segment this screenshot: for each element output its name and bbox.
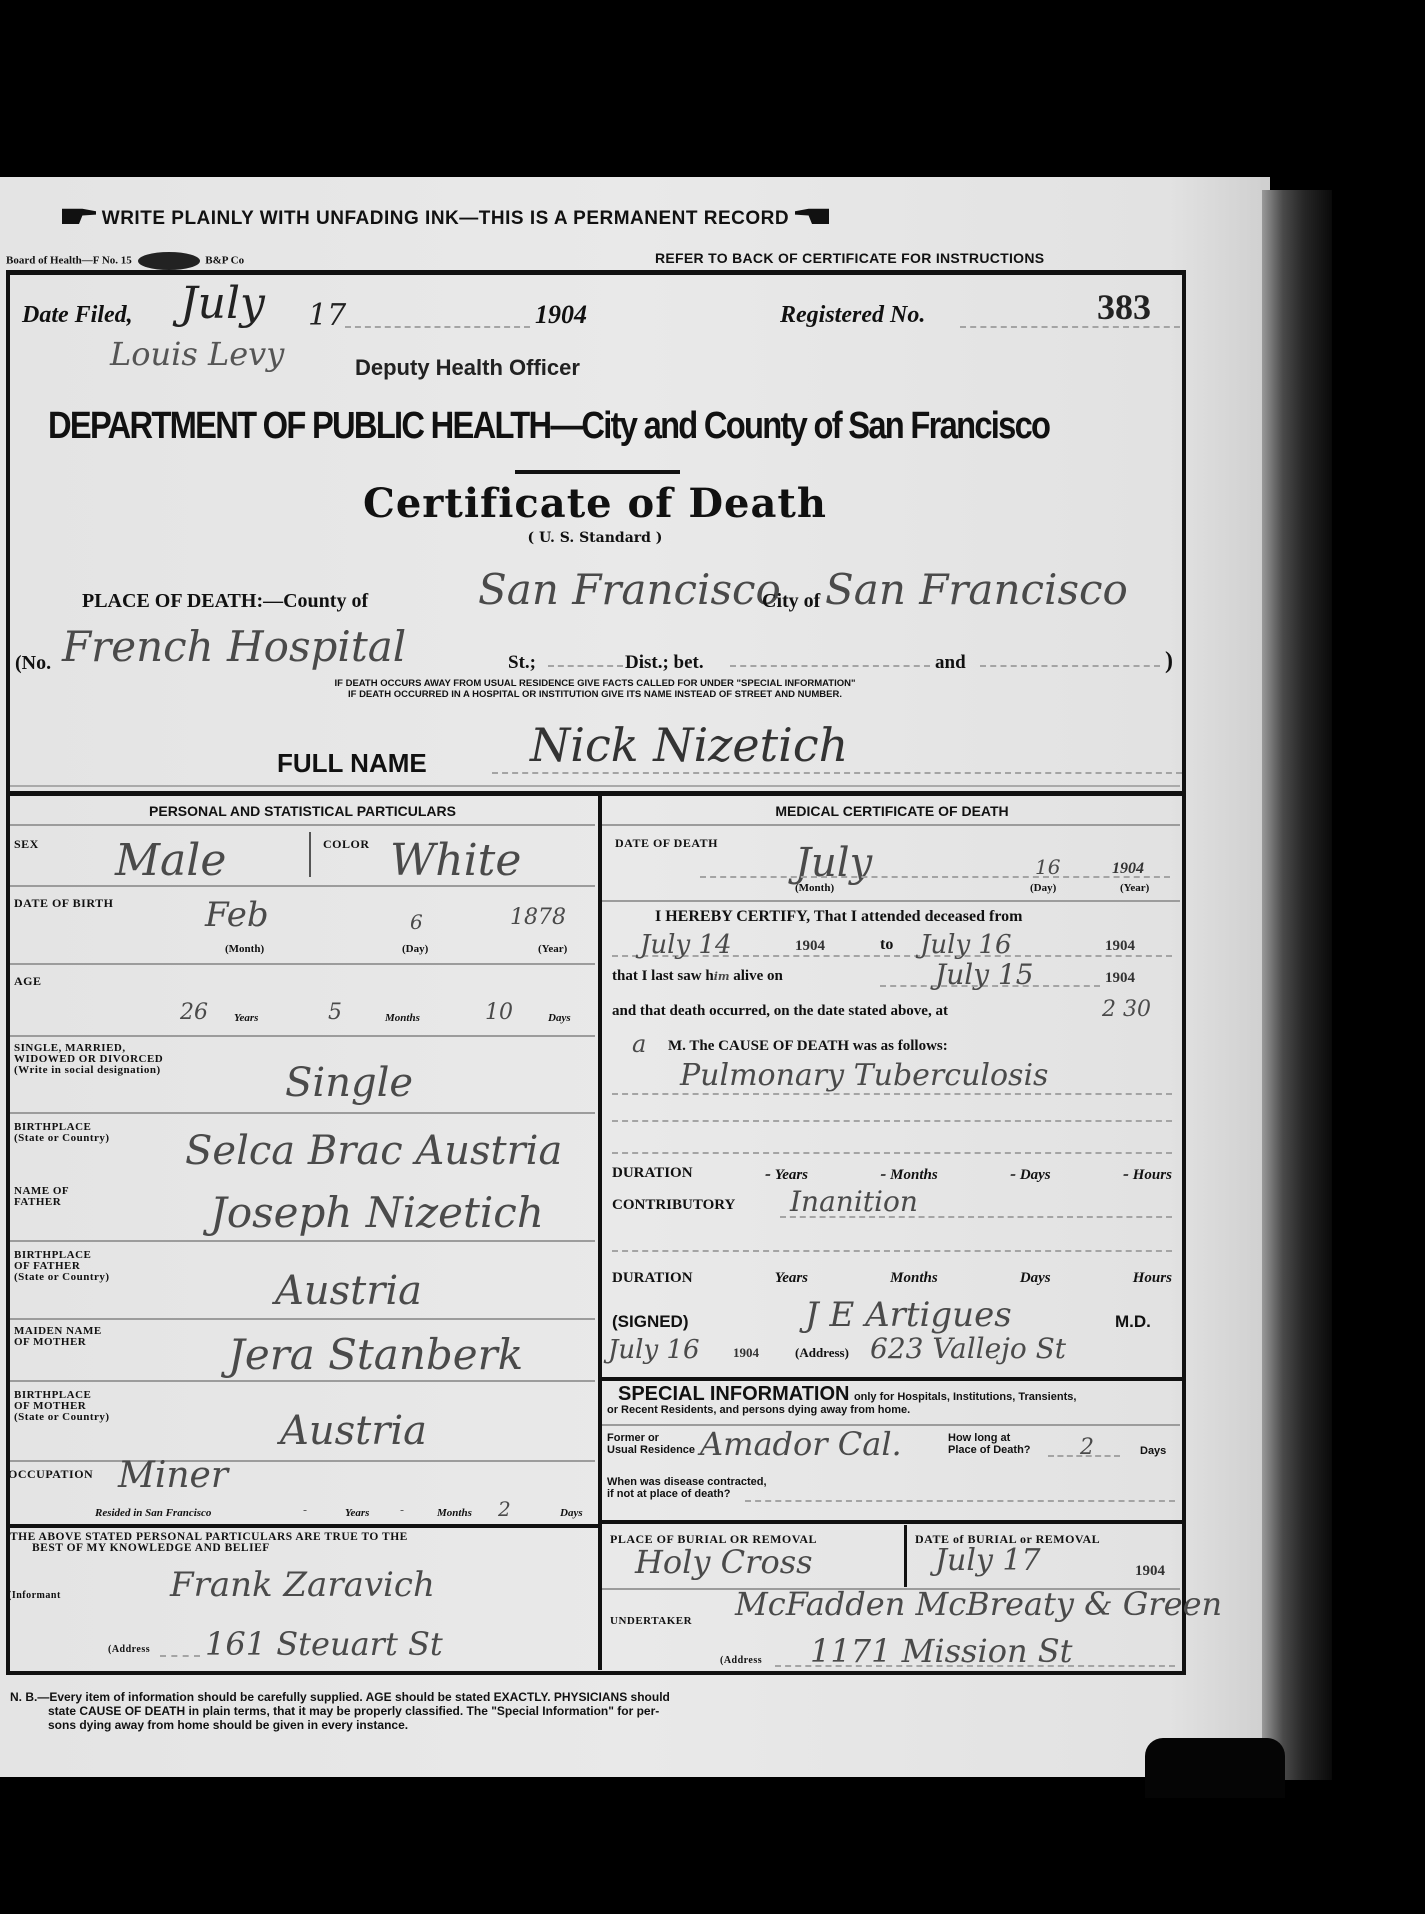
burial-divider xyxy=(600,1520,1182,1524)
how-long-label-2: Place of Death? xyxy=(948,1444,1031,1456)
sex-value: Male xyxy=(115,835,226,886)
months2-label: Months xyxy=(890,1270,938,1287)
contracted-label-1: When was disease contracted, xyxy=(607,1476,767,1488)
officer-signature: Louis Levy xyxy=(110,335,284,373)
duration-row: DURATION - Years - Months - Days - Hours xyxy=(612,1165,1172,1184)
resided-days: 2 xyxy=(498,1497,511,1521)
dod-day: 16 xyxy=(1035,855,1060,879)
former-residence-value: Amador Cal. xyxy=(700,1425,902,1463)
duration-days: - xyxy=(1010,1165,1016,1183)
marital-value: Single xyxy=(285,1060,413,1106)
duration-hours: - xyxy=(1123,1165,1129,1183)
age-months: 5 xyxy=(328,1000,342,1025)
undertaker-address-label: (Address xyxy=(720,1655,762,1667)
days2-label: Days xyxy=(1020,1270,1051,1287)
how-long-label: How long at Place of Death? xyxy=(948,1432,1031,1456)
duration2-row: DURATION Years Months Days Hours xyxy=(612,1270,1172,1287)
burial-date-value: July 17 xyxy=(935,1543,1041,1578)
attended-to-year: 1904 xyxy=(1105,938,1135,955)
form-id-right: B&P Co xyxy=(205,255,244,267)
cause-line xyxy=(612,1093,1172,1095)
years2-label: Years xyxy=(775,1270,808,1287)
occurred-label: and that death occurred, on the date sta… xyxy=(612,1003,948,1020)
form-id-left: Board of Health—F No. 15 xyxy=(6,255,132,267)
banner-text: WRITE PLAINLY WITH UNFADING INK—THIS IS … xyxy=(102,208,789,229)
meridiem-value: a xyxy=(632,1030,646,1058)
undertaker-value: McFadden McBreaty & Green xyxy=(735,1585,1222,1623)
full-name-label: FULL NAME xyxy=(277,748,427,779)
years-label: Years xyxy=(775,1167,808,1183)
row-line xyxy=(10,1318,595,1320)
dob-year: 1878 xyxy=(510,905,566,930)
resided-years: - xyxy=(303,1503,307,1517)
former-label-2: Usual Residence xyxy=(607,1444,695,1456)
dod-month: July xyxy=(795,840,872,886)
hours2-label: Hours xyxy=(1133,1270,1172,1287)
sex-color-divider xyxy=(309,832,311,877)
mother-birthplace-label: BIRTHPLACE OF MOTHER (State or Country) xyxy=(14,1390,110,1423)
father-birthplace-value: Austria xyxy=(275,1268,422,1314)
physician-signature: J E Artigues xyxy=(805,1295,1012,1335)
and-line xyxy=(980,665,1160,667)
street-number-label: (No. xyxy=(15,652,51,675)
page-shadow xyxy=(1145,1738,1285,1798)
physician-address-label: (Address) xyxy=(795,1345,849,1361)
color-value: White xyxy=(390,835,521,886)
certificate-title: Certificate of Death xyxy=(0,480,1190,527)
former-residence-label: Former or Usual Residence xyxy=(607,1432,695,1456)
cause-label: M. The CAUSE OF DEATH was as follows: xyxy=(668,1038,948,1055)
former-label-1: Former or xyxy=(607,1432,695,1444)
footnote: N. B.—Every item of information should b… xyxy=(10,1690,670,1732)
burial-split xyxy=(904,1525,907,1587)
mother-label: MAIDEN NAME OF MOTHER xyxy=(14,1326,102,1348)
header-banner: WRITE PLAINLY WITH UNFADING INK—THIS IS … xyxy=(62,207,829,230)
row-line xyxy=(10,1035,595,1037)
form-id: Board of Health—F No. 15 B&P Co xyxy=(6,252,244,270)
resided-days-label: Days xyxy=(560,1507,583,1519)
footnote-line-2: state CAUSE OF DEATH in plain terms, tha… xyxy=(10,1704,670,1718)
personal-heading: PERSONAL AND STATISTICAL PARTICULARS xyxy=(10,803,595,819)
informant-address-line xyxy=(160,1655,200,1657)
and-label: and xyxy=(935,652,966,674)
birthplace-label: BIRTHPLACE (State or Country) xyxy=(14,1122,110,1144)
date-filed-year: 1904 xyxy=(535,300,587,330)
union-seal-icon xyxy=(138,252,200,270)
county-value: San Francisco xyxy=(478,565,781,614)
age-years-label: Years xyxy=(234,1012,258,1024)
hospital-note-line-2: IF DEATH OCCURRED IN A HOSPITAL OR INSTI… xyxy=(155,689,1035,700)
dod-year: 1904 xyxy=(1112,860,1144,878)
registered-number: 383 xyxy=(1097,286,1151,328)
contributory-label: CONTRIBUTORY xyxy=(612,1197,735,1214)
dod-year-caption: (Year) xyxy=(1120,882,1149,894)
officer-title: Deputy Health Officer xyxy=(355,355,580,381)
attest-line-2: BEST OF MY KNOWLEDGE AND BELIEF xyxy=(10,1543,408,1554)
signed-year: 1904 xyxy=(733,1345,759,1361)
contracted-label-2: if not at place of death? xyxy=(607,1488,767,1500)
row-line xyxy=(10,1112,595,1114)
alive-on-label: alive on xyxy=(733,968,783,984)
months-label: Months xyxy=(890,1167,938,1183)
contracted-label: When was disease contracted, if not at p… xyxy=(607,1476,767,1500)
standard-subtitle: ( U. S. Standard ) xyxy=(0,530,1190,546)
dob-day-caption: (Day) xyxy=(402,943,428,955)
signed-label: (SIGNED) xyxy=(612,1312,689,1332)
resided-months: - xyxy=(400,1503,404,1517)
father-birthplace-label: BIRTHPLACE OF FATHER (State or Country) xyxy=(14,1250,110,1283)
how-long-value: 2 xyxy=(1080,1435,1094,1460)
duration-months: - xyxy=(880,1165,886,1183)
row-line xyxy=(10,963,595,965)
informant-address-label: (Address xyxy=(108,1644,150,1656)
sex-label: SEX xyxy=(14,838,39,850)
street-line xyxy=(548,665,623,667)
undertaker-label: UNDERTAKER xyxy=(610,1615,692,1627)
color-label: COLOR xyxy=(323,838,370,850)
cause-line-2 xyxy=(612,1120,1172,1122)
md-label: M.D. xyxy=(1115,1312,1151,1332)
hours-label: Hours xyxy=(1133,1167,1172,1183)
certify-text: I HEREBY CERTIFY, That I attended deceas… xyxy=(655,908,1022,926)
medical-heading: MEDICAL CERTIFICATE OF DEATH xyxy=(602,803,1182,819)
row-line xyxy=(10,1460,595,1462)
days-label: Days xyxy=(1020,1167,1051,1183)
city-label: City of xyxy=(762,590,820,613)
date-filed-line xyxy=(345,326,530,328)
mother-value: Jera Stanberk xyxy=(228,1330,523,1379)
how-long-label-1: How long at xyxy=(948,1432,1031,1444)
mother-bp-label-3: (State or Country) xyxy=(14,1412,110,1423)
row-line xyxy=(10,885,595,887)
attended-from: July 14 xyxy=(640,930,732,960)
resided-years-label: Years xyxy=(345,1507,369,1519)
occupation-value: Miner xyxy=(118,1455,228,1496)
special-heading-small: only for Hospitals, Institutions, Transi… xyxy=(854,1391,1076,1403)
close-paren: ) xyxy=(1165,648,1173,675)
marital-label-3: (Write in social designation) xyxy=(14,1065,163,1076)
age-years: 26 xyxy=(180,1000,208,1025)
cause-line-3 xyxy=(612,1152,1172,1154)
date-filed-month: July xyxy=(180,278,265,329)
to-label: to xyxy=(880,936,893,954)
last-saw-label: that I last saw h xyxy=(612,968,714,984)
dob-month: Feb xyxy=(205,895,269,935)
instructions-note: REFER TO BACK OF CERTIFICATE FOR INSTRUC… xyxy=(655,250,1044,266)
pointing-hand-icon xyxy=(62,207,96,224)
resided-label: Resided in San Francisco xyxy=(95,1507,211,1519)
marital-label: SINGLE, MARRIED, WIDOWED OR DIVORCED (Wr… xyxy=(14,1043,163,1076)
burial-place-value: Holy Cross xyxy=(635,1543,813,1581)
informant-label: (Informant xyxy=(8,1590,61,1602)
special-heading-line-2: or Recent Residents, and persons dying a… xyxy=(607,1404,910,1416)
footnote-line-3: sons dying away from home should be give… xyxy=(10,1718,670,1732)
registered-label: Registered No. xyxy=(780,302,925,329)
date-filed-day: 17 xyxy=(308,298,346,333)
hospital-note: IF DEATH OCCURS AWAY FROM USUAL RESIDENC… xyxy=(155,678,1035,700)
dob-month-caption: (Month) xyxy=(225,943,264,955)
district-line xyxy=(730,665,930,667)
informant-value: Frank Zaravich xyxy=(170,1565,435,1605)
duration-years: - xyxy=(765,1165,771,1183)
column-divider xyxy=(598,796,602,1670)
time-of-death: 2 30 xyxy=(1102,997,1151,1022)
dod-month-caption: (Month) xyxy=(795,882,834,894)
hospital-note-line-1: IF DEATH OCCURS AWAY FROM USUAL RESIDENC… xyxy=(155,678,1035,689)
physician-address-value: 623 Vallejo St xyxy=(870,1332,1066,1365)
age-months-label: Months xyxy=(385,1012,420,1024)
contributory-line xyxy=(780,1216,1172,1218)
special-heading: SPECIAL INFORMATION only for Hospitals, … xyxy=(618,1383,1076,1406)
burial-year: 1904 xyxy=(1135,1563,1165,1580)
full-name-line xyxy=(492,772,1182,774)
footnote-line-1: N. B.—Every item of information should b… xyxy=(10,1690,670,1704)
pointing-hand-icon xyxy=(795,207,829,224)
place-of-death-label: PLACE OF DEATH:—County of xyxy=(82,590,368,613)
attest-divider xyxy=(10,1524,600,1528)
contributory-line-2 xyxy=(612,1250,1172,1252)
institution-value: French Hospital xyxy=(62,622,406,671)
duration-label: DURATION xyxy=(612,1165,693,1184)
street-label: St.; xyxy=(508,652,536,674)
age-label: AGE xyxy=(14,975,42,987)
row-line xyxy=(602,900,1180,902)
department-title: DEPARTMENT OF PUBLIC HEALTH—City and Cou… xyxy=(48,405,1049,448)
dod-line xyxy=(700,876,1170,878)
special-divider xyxy=(600,1377,1182,1381)
how-long-unit: Days xyxy=(1140,1445,1166,1457)
mother-label-2: OF MOTHER xyxy=(14,1337,102,1348)
birthplace-value: Selca Brac Austria xyxy=(185,1128,562,1174)
contracted-line xyxy=(745,1500,1175,1502)
last-saw-pronoun: im xyxy=(714,970,730,983)
father-label-2: FATHER xyxy=(14,1197,69,1208)
resided-months-label: Months xyxy=(437,1507,472,1519)
special-heading-big: SPECIAL INFORMATION xyxy=(618,1383,849,1405)
mother-birthplace-value: Austria xyxy=(280,1408,427,1454)
birthplace-label-2: (State or Country) xyxy=(14,1133,110,1144)
city-value: San Francisco xyxy=(825,565,1128,614)
district-label: Dist.; bet. xyxy=(625,652,704,674)
row-line xyxy=(10,1240,595,1242)
cause-value: Pulmonary Tuberculosis xyxy=(680,1058,1048,1093)
dob-day: 6 xyxy=(410,910,423,934)
dod-day-caption: (Day) xyxy=(1030,882,1056,894)
age-days: 10 xyxy=(485,1000,513,1025)
page-binding-edge xyxy=(1262,190,1332,1780)
informant-address-value: 161 Steuart St xyxy=(205,1625,443,1663)
dob-label: DATE OF BIRTH xyxy=(14,897,113,909)
undertaker-address-value: 1171 Mission St xyxy=(810,1632,1073,1670)
father-bp-label-3: (State or Country) xyxy=(14,1272,110,1283)
last-saw-date: July 15 xyxy=(935,958,1034,991)
dod-label: DATE OF DEATH xyxy=(615,837,718,849)
duration2-label: DURATION xyxy=(612,1270,693,1287)
date-filed-label: Date Filed, xyxy=(22,302,133,329)
age-days-label: Days xyxy=(548,1012,571,1024)
row-line xyxy=(10,1380,595,1382)
father-value: Joseph Nizetich xyxy=(210,1188,544,1237)
last-saw-year: 1904 xyxy=(1105,970,1135,987)
title-divider xyxy=(515,470,680,474)
contributory-value: Inanition xyxy=(790,1185,918,1218)
attended-to: July 16 xyxy=(920,930,1012,960)
attended-from-year: 1904 xyxy=(795,938,825,955)
dob-year-caption: (Year) xyxy=(538,943,567,955)
signed-date: July 16 xyxy=(608,1335,700,1365)
section-divider xyxy=(10,791,1182,796)
father-label: NAME OF FATHER xyxy=(14,1186,69,1208)
occupation-label: OCCUPATION xyxy=(8,1468,93,1480)
row-line xyxy=(10,824,595,826)
attest-statement: THE ABOVE STATED PERSONAL PARTICULARS AR… xyxy=(10,1532,408,1554)
last-saw-statement: that I last saw him alive on xyxy=(612,968,783,985)
row-line xyxy=(602,824,1180,826)
name-underline xyxy=(10,785,1180,787)
full-name-value: Nick Nizetich xyxy=(530,718,848,772)
